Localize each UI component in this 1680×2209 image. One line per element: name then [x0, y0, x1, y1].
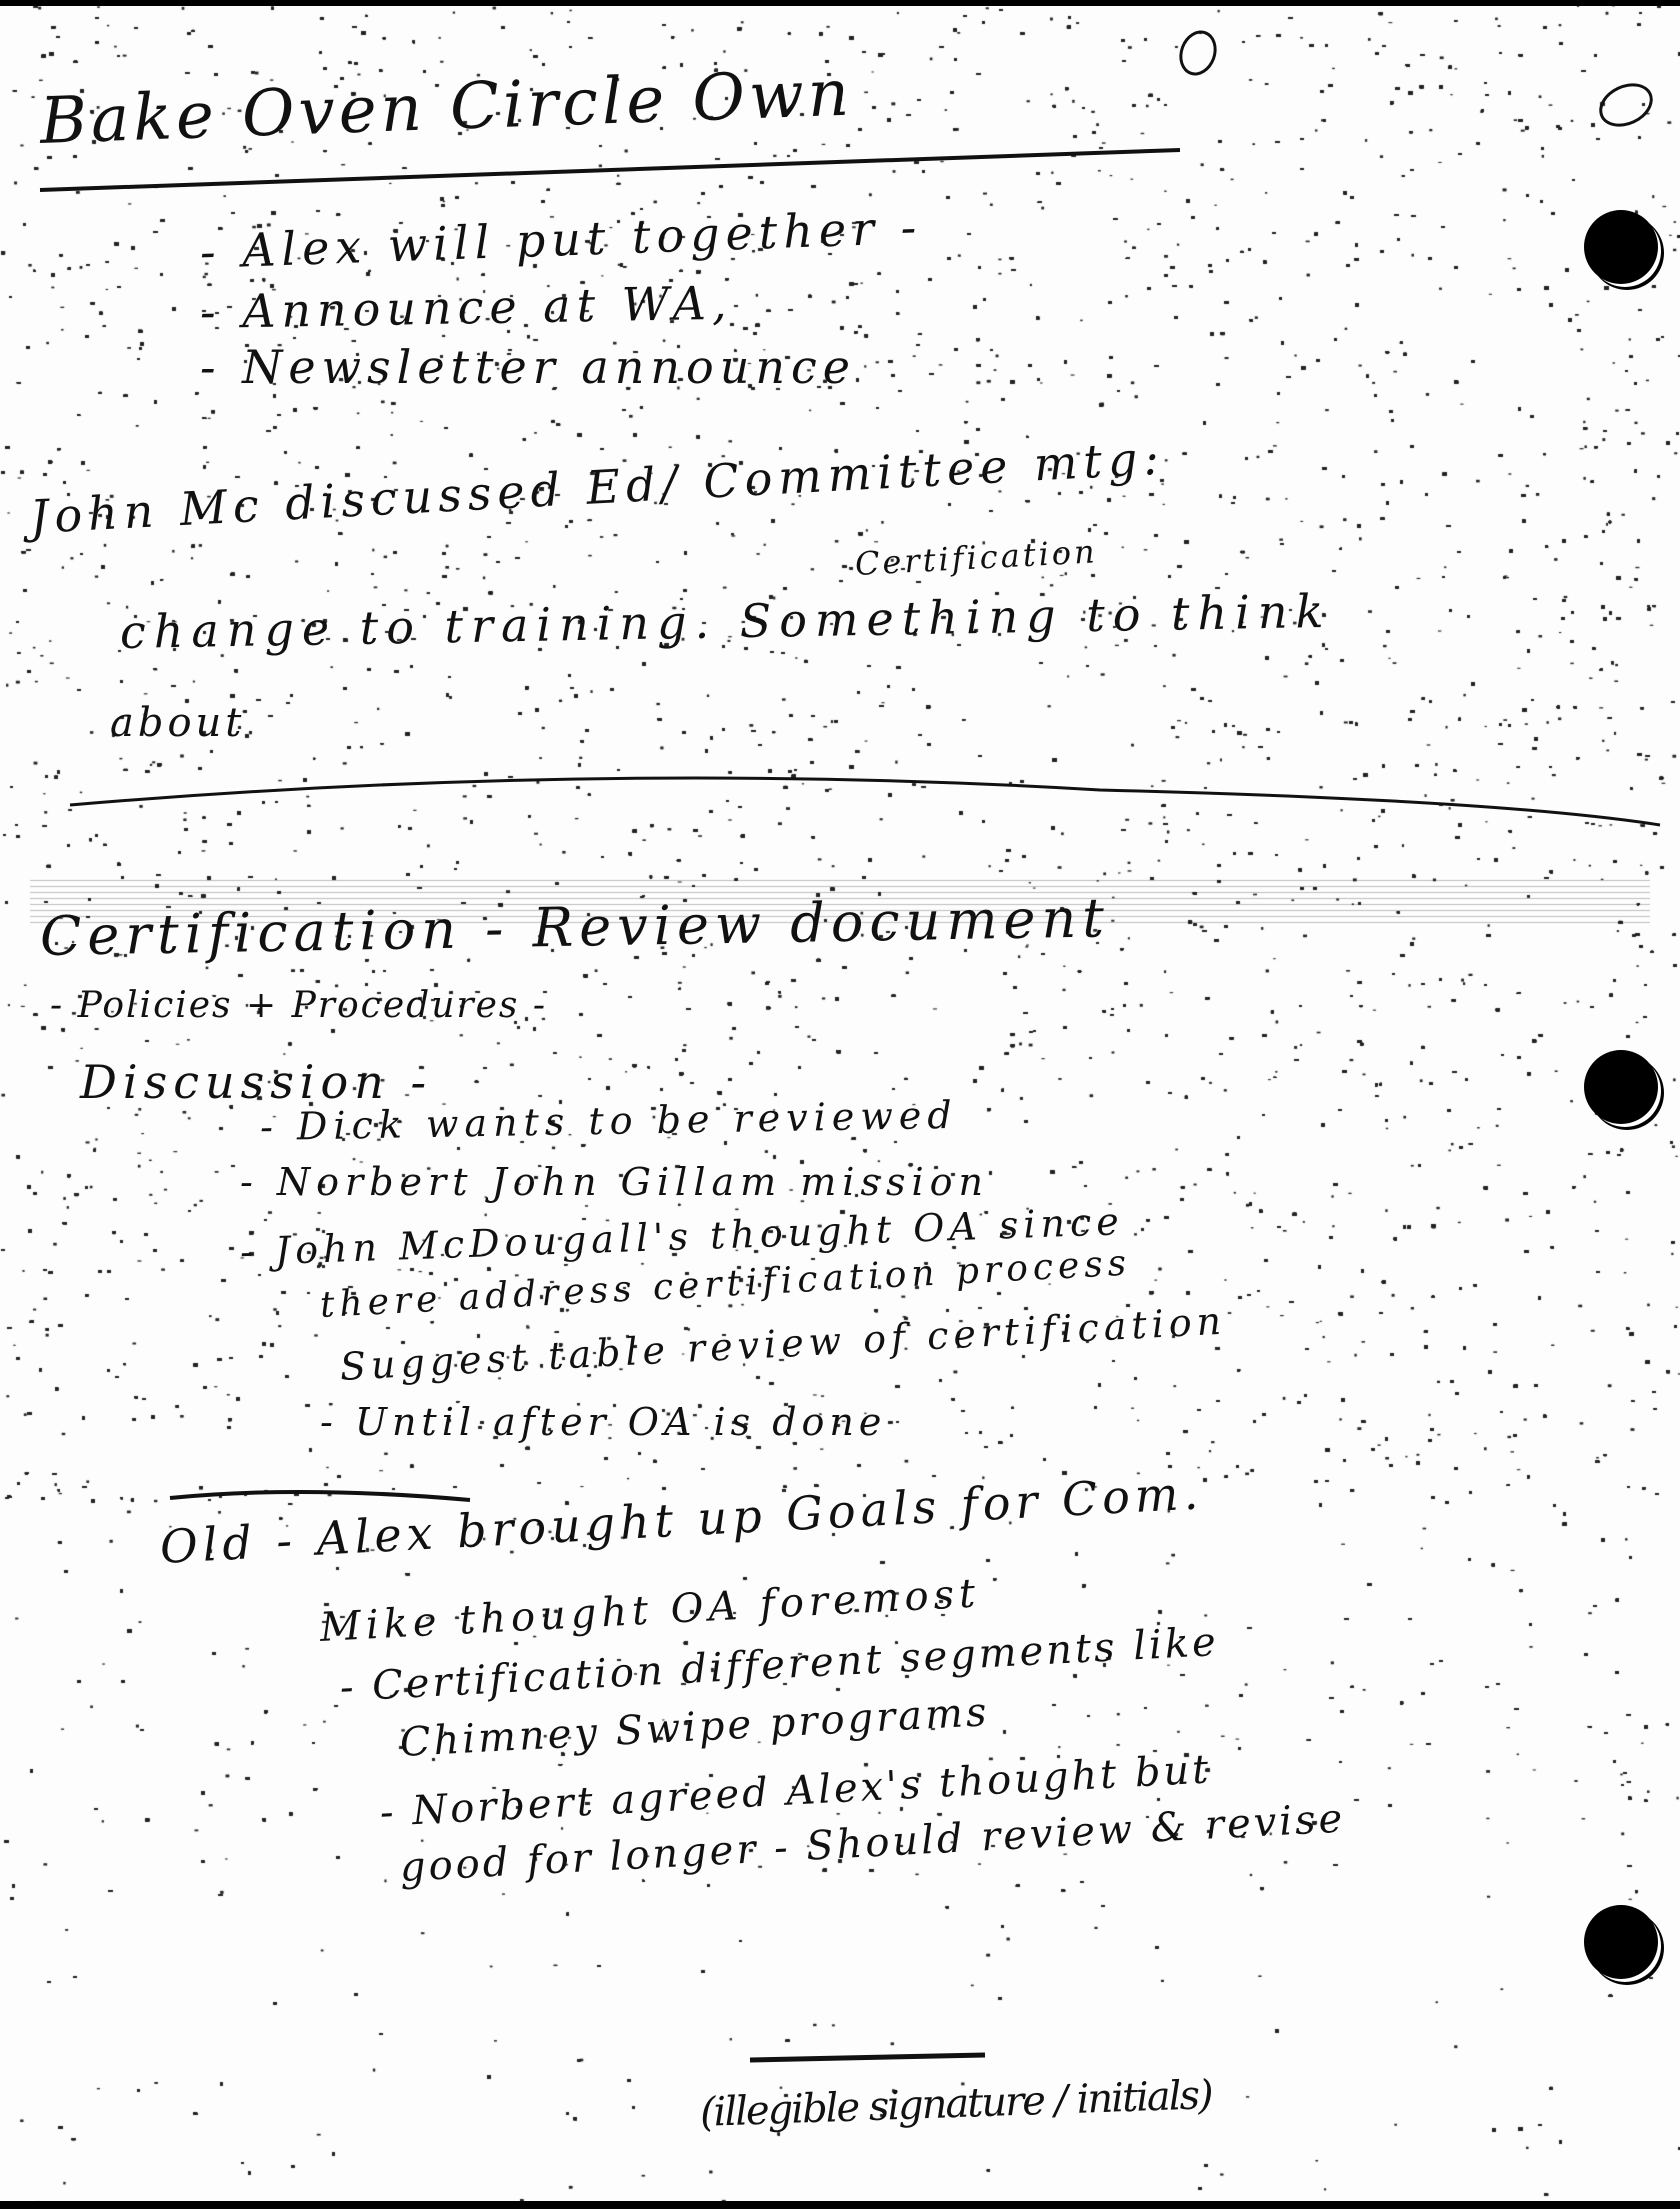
- doodle-oval: [1592, 75, 1660, 135]
- scan-top-edge: [0, 0, 1680, 6]
- note-line: change to training. Something to think: [120, 584, 1332, 659]
- scan-bottom-edge: [0, 2201, 1680, 2209]
- scanned-page: Bake Oven Circle Own - Alex will put tog…: [0, 0, 1680, 2209]
- punch-hole: [1584, 1905, 1658, 1979]
- note-item: Alex brought up Goals for Com.: [315, 1465, 1204, 1565]
- note-item: Discussion -: [80, 1055, 432, 1109]
- note-insertion: Certification: [854, 532, 1099, 583]
- note-item: - Newsletter announce: [200, 340, 856, 394]
- punch-hole: [1584, 1050, 1658, 1124]
- signature: (illegible signature / initials): [699, 2072, 1212, 2136]
- note-item: - Policies + Procedures -: [50, 985, 547, 1026]
- note-item: - Norbert John Gillam mission: [240, 1160, 989, 1204]
- section-label: Old -: [159, 1513, 299, 1574]
- note-line: about: [110, 700, 245, 746]
- punch-hole: [1584, 210, 1658, 284]
- note-line: John Mc discussed Ed/ Committee mtg:: [29, 431, 1167, 544]
- section-heading: Bake Oven Circle Own: [39, 57, 854, 159]
- doodle-oval: [1173, 25, 1223, 81]
- note-line: Old - Alex brought up Goals for Com.: [159, 1465, 1205, 1574]
- section-heading: Certification - Review document: [39, 886, 1110, 968]
- note-item: - Announce at WA,: [200, 276, 733, 339]
- note-item: - Alex will put together -: [199, 200, 923, 279]
- note-item: - Until after OA is done: [320, 1400, 886, 1444]
